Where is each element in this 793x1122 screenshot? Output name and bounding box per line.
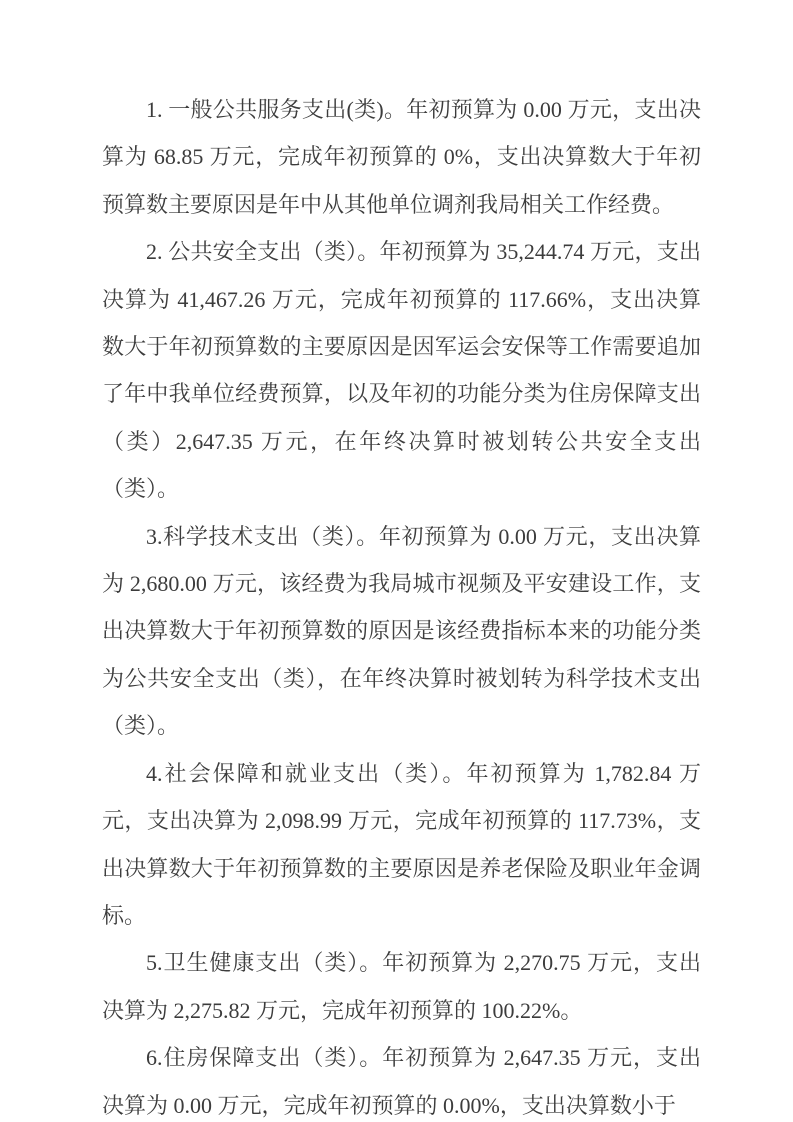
paragraph-3-science-technology: 3.科学技术支出（类）。年初预算为 0.00 万元，支出决算为 2,680.00… — [102, 513, 701, 750]
paragraph-5-health: 5.卫生健康支出（类）。年初预算为 2,270.75 万元，支出决算为 2,27… — [102, 939, 701, 1034]
document-body: 1. 一般公共服务支出(类)。年初预算为 0.00 万元，支出决算为 68.85… — [102, 86, 701, 1122]
document-page: 1. 一般公共服务支出(类)。年初预算为 0.00 万元，支出决算为 68.85… — [0, 0, 793, 1122]
paragraph-2-public-security: 2. 公共安全支出（类）。年初预算为 35,244.74 万元，支出决算为 41… — [102, 228, 701, 512]
paragraph-6-housing-security: 6.住房保障支出（类）。年初预算为 2,647.35 万元，支出决算为 0.00… — [102, 1034, 701, 1122]
paragraph-4-social-security-employment: 4.社会保障和就业支出（类）。年初预算为 1,782.84 万元，支出决算为 2… — [102, 750, 701, 940]
paragraph-1-general-public-services: 1. 一般公共服务支出(类)。年初预算为 0.00 万元，支出决算为 68.85… — [102, 86, 701, 228]
